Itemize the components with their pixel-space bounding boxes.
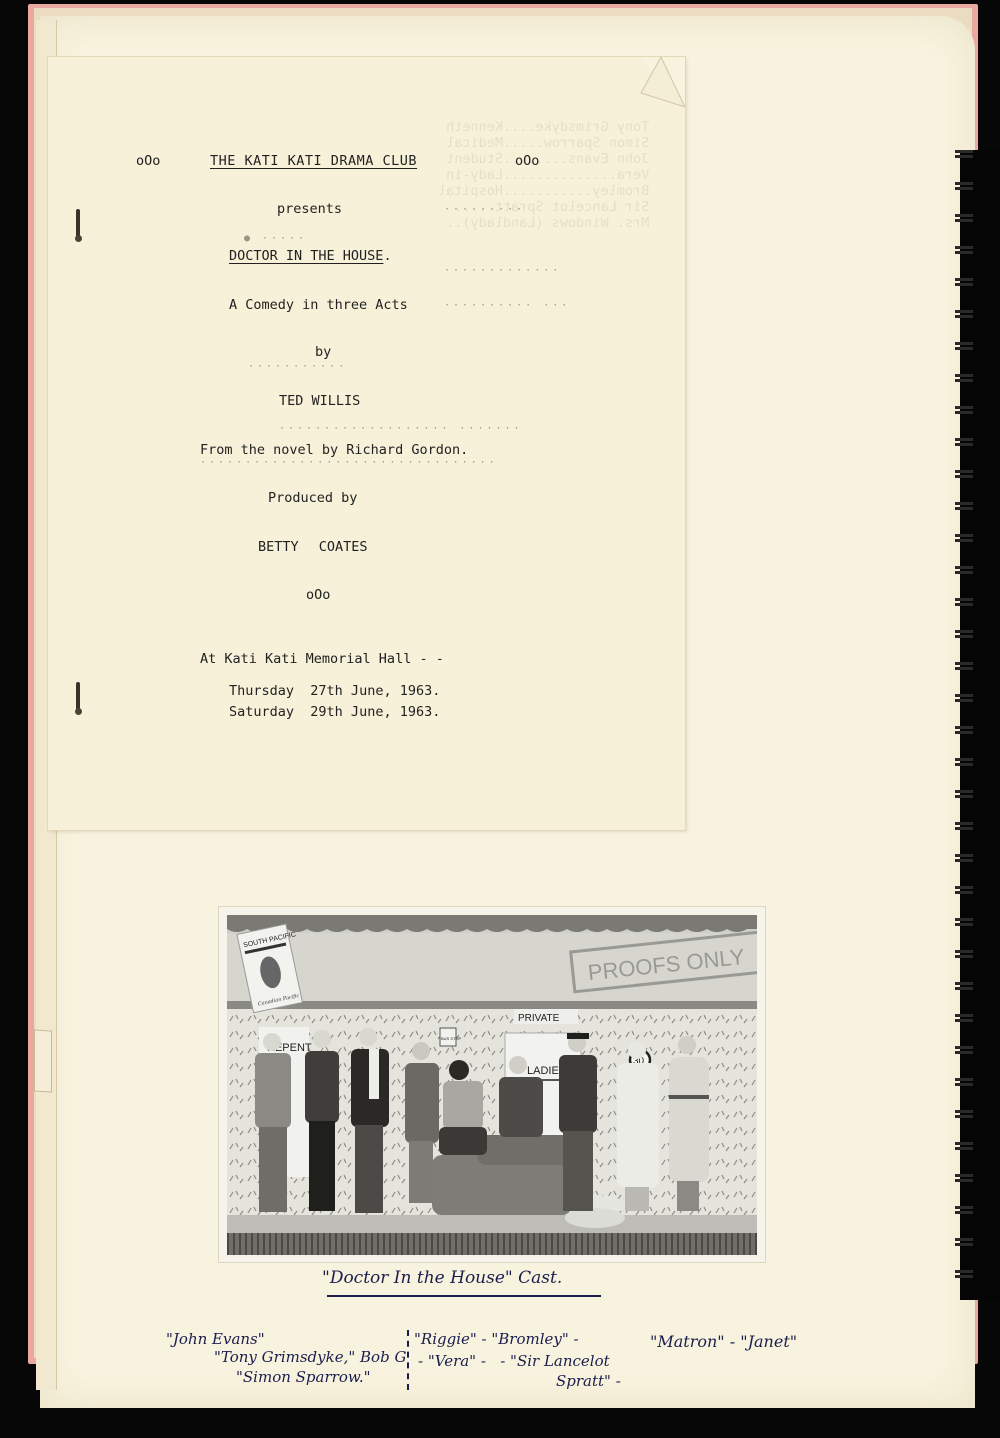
dot-leader: ··········· (248, 361, 347, 372)
page-tab (34, 1029, 52, 1092)
staple (76, 209, 80, 239)
source-credit: From the novel by Richard Gordon. (200, 442, 468, 458)
dot-leader: ··················· ······· (279, 423, 523, 434)
cast-note-vera-lancelot: - "Vera" - - "Sir Lancelot (418, 1352, 610, 1370)
spiral-ring (955, 214, 973, 222)
spiral-ring (955, 406, 973, 414)
cast-note-matron-janet: "Matron" - "Janet" (650, 1332, 797, 1351)
date-row-1: Thursday 27th June, 1963. (229, 683, 440, 699)
dot-leader: ·········· ··· (444, 300, 570, 311)
spiral-ring (955, 598, 973, 606)
date-day: Saturday (229, 704, 294, 720)
date-day: Thursday (229, 683, 294, 699)
dot-leader: ············· (444, 265, 561, 276)
by-text: by (315, 344, 331, 360)
dot-leader: ········· (444, 204, 525, 215)
subtitle: A Comedy in three Acts (229, 297, 408, 313)
photo-caption: "Doctor In the House" Cast. (322, 1268, 562, 1288)
folded-corner (639, 57, 685, 107)
spiral-ring (955, 278, 973, 286)
spiral-ring (955, 950, 973, 958)
spiral-ring (955, 1014, 973, 1022)
spiral-ring (955, 1206, 973, 1214)
spiral-ring (955, 182, 973, 190)
programme-sheet: Tony Grimsdyke....Kenneth Simon Sparrow.… (48, 57, 685, 830)
cast-note-john-evans: "John Evans" (166, 1330, 265, 1348)
spiral-ring (955, 566, 973, 574)
cast-note-spratt: Spratt" - (556, 1372, 621, 1390)
dot-leader: ● ····· (244, 233, 307, 244)
cast-note-simon-sparrow: "Simon Sparrow." (236, 1368, 371, 1386)
spiral-ring (955, 374, 973, 382)
spiral-ring (955, 502, 973, 510)
spiral-ring (955, 886, 973, 894)
bus-stop-sign: BUS STOP (441, 1036, 461, 1041)
spiral-ring (955, 662, 973, 670)
producer-name: BETTY COATES (258, 539, 368, 555)
cast-photo-illustration: PROOFS ONLY SOUTH PACIFIC Canadian Pacif… (227, 915, 757, 1255)
spiral-ring (955, 246, 973, 254)
staple (76, 682, 80, 712)
author-name: TED WILLIS (279, 393, 360, 409)
spiral-ring (955, 790, 973, 798)
spiral-ring (955, 1046, 973, 1054)
play-title-text: DOCTOR IN THE HOUSE (229, 248, 383, 264)
spiral-ring (955, 438, 973, 446)
venue: At Kati Kati Memorial Hall - - (200, 651, 444, 667)
spiral-ring (955, 310, 973, 318)
spiral-ring (955, 1110, 973, 1118)
spiral-ring (955, 694, 973, 702)
separator-ornament: oOo (306, 587, 330, 603)
column-divider (407, 1330, 409, 1390)
cast-note-tony-grimsdyke: "Tony Grimsdyke," Bob G (214, 1348, 406, 1366)
spiral-ring (955, 1174, 973, 1182)
date-value: 27th June, 1963. (310, 683, 440, 699)
private-sign: PRIVATE (518, 1013, 560, 1024)
club-name: THE KATI KATI DRAMA CLUB (210, 153, 417, 169)
spiral-ring (955, 1078, 973, 1086)
spiral-ring (955, 630, 973, 638)
header-ornament-left: oOo (136, 153, 160, 169)
spiral-ring (955, 854, 973, 862)
dot-leader: ································· (200, 457, 498, 468)
play-title: DOCTOR IN THE HOUSE. (229, 248, 392, 264)
cast-note-riggie-bromley: "Riggie" - "Bromley" - (414, 1330, 579, 1348)
spiral-ring (955, 726, 973, 734)
spiral-ring (955, 534, 973, 542)
play-title-period: . (383, 248, 391, 264)
spiral-ring (955, 1142, 973, 1150)
presents-text: presents (277, 201, 342, 217)
spiral-ring (955, 758, 973, 766)
date-value: 29th June, 1963. (310, 704, 440, 720)
spiral-binding (955, 150, 971, 1300)
cast-photo: PROOFS ONLY SOUTH PACIFIC Canadian Pacif… (227, 915, 757, 1255)
caption-underline (327, 1295, 601, 1297)
date-row-2: Saturday 29th June, 1963. (229, 704, 440, 720)
spiral-ring (955, 342, 973, 350)
spiral-ring (955, 1238, 973, 1246)
spiral-ring (955, 1270, 973, 1278)
header-ornament-right: oOo (515, 153, 539, 169)
spiral-ring (955, 918, 973, 926)
produced-by-label: Produced by (268, 490, 357, 506)
spiral-ring (955, 150, 973, 158)
spiral-ring (955, 822, 973, 830)
spiral-ring (955, 982, 973, 990)
cast-photo-mount: PROOFS ONLY SOUTH PACIFIC Canadian Pacif… (219, 907, 765, 1262)
spiral-ring (955, 470, 973, 478)
